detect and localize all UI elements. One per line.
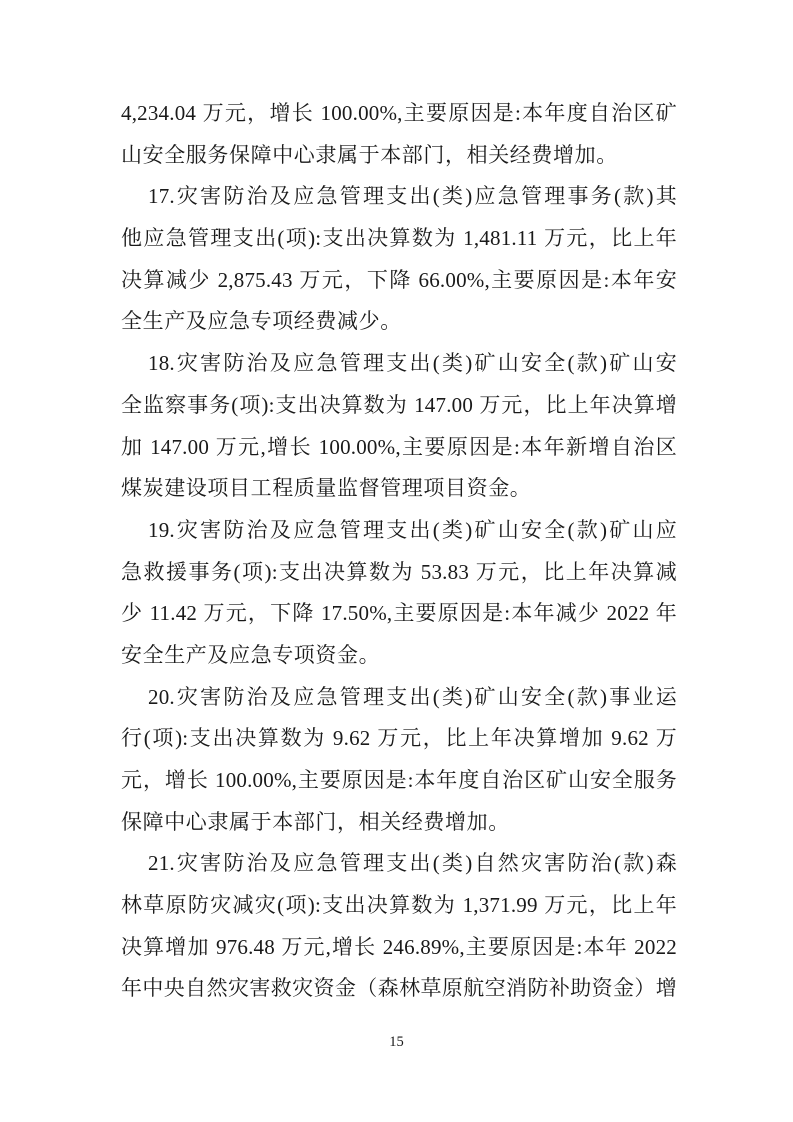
text-line: 决算减少 2,875.43 万元，下降 66.00%,主要原因是:本年安 <box>121 260 677 302</box>
paragraph-20: 20.灾害防治及应急管理支出(类)矿山安全(款)事业运行(项):支出决算数为 9… <box>121 677 677 844</box>
page-number: 15 <box>0 1033 793 1051</box>
paragraph-19: 19.灾害防治及应急管理支出(类)矿山安全(款)矿山应急救援事务(项):支出决算… <box>121 510 677 677</box>
document-page: 4,234.04 万元，增长 100.00%,主要原因是:本年度自治区矿山安全服… <box>0 0 793 1122</box>
paragraph-17: 17.灾害防治及应急管理支出(类)应急管理事务(款)其他应急管理支出(项):支出… <box>121 176 677 343</box>
text-line: 安全生产及应急专项资金。 <box>121 635 677 677</box>
text-line: 少 11.42 万元，下降 17.50%,主要原因是:本年减少 2022 年 <box>121 593 677 635</box>
text-line: 煤炭建设项目工程质量监督管理项目资金。 <box>121 468 677 510</box>
text-line: 4,234.04 万元，增长 100.00%,主要原因是:本年度自治区矿 <box>121 93 677 135</box>
text-line: 林草原防灾减灾(项):支出决算数为 1,371.99 万元，比上年 <box>121 885 677 927</box>
text-line: 元，增长 100.00%,主要原因是:本年度自治区矿山安全服务 <box>121 760 677 802</box>
text-line: 全监察事务(项):支出决算数为 147.00 万元，比上年决算增 <box>121 385 677 427</box>
text-line: 急救援事务(项):支出决算数为 53.83 万元，比上年决算减 <box>121 552 677 594</box>
paragraph-18: 18.灾害防治及应急管理支出(类)矿山安全(款)矿山安全监察事务(项):支出决算… <box>121 343 677 510</box>
text-line: 加 147.00 万元,增长 100.00%,主要原因是:本年新增自治区 <box>121 427 677 469</box>
text-line: 17.灾害防治及应急管理支出(类)应急管理事务(款)其 <box>121 176 677 218</box>
text-line: 山安全服务保障中心隶属于本部门，相关经费增加。 <box>121 135 677 177</box>
text-line: 他应急管理支出(项):支出决算数为 1,481.11 万元，比上年 <box>121 218 677 260</box>
text-line: 决算增加 976.48 万元,增长 246.89%,主要原因是:本年 2022 <box>121 927 677 969</box>
text-line: 年中央自然灾害救灾资金（森林草原航空消防补助资金）增 <box>121 968 677 1010</box>
text-line: 全生产及应急专项经费减少。 <box>121 301 677 343</box>
text-line: 21.灾害防治及应急管理支出(类)自然灾害防治(款)森 <box>121 843 677 885</box>
paragraph-16-continuation: 4,234.04 万元，增长 100.00%,主要原因是:本年度自治区矿山安全服… <box>121 93 677 176</box>
text-line: 19.灾害防治及应急管理支出(类)矿山安全(款)矿山应 <box>121 510 677 552</box>
text-line: 20.灾害防治及应急管理支出(类)矿山安全(款)事业运 <box>121 677 677 719</box>
text-line: 行(项):支出决算数为 9.62 万元，比上年决算增加 9.62 万 <box>121 718 677 760</box>
document-body: 4,234.04 万元，增长 100.00%,主要原因是:本年度自治区矿山安全服… <box>121 93 677 1010</box>
paragraph-21: 21.灾害防治及应急管理支出(类)自然灾害防治(款)森林草原防灾减灾(项):支出… <box>121 843 677 1010</box>
text-line: 18.灾害防治及应急管理支出(类)矿山安全(款)矿山安 <box>121 343 677 385</box>
text-line: 保障中心隶属于本部门，相关经费增加。 <box>121 802 677 844</box>
